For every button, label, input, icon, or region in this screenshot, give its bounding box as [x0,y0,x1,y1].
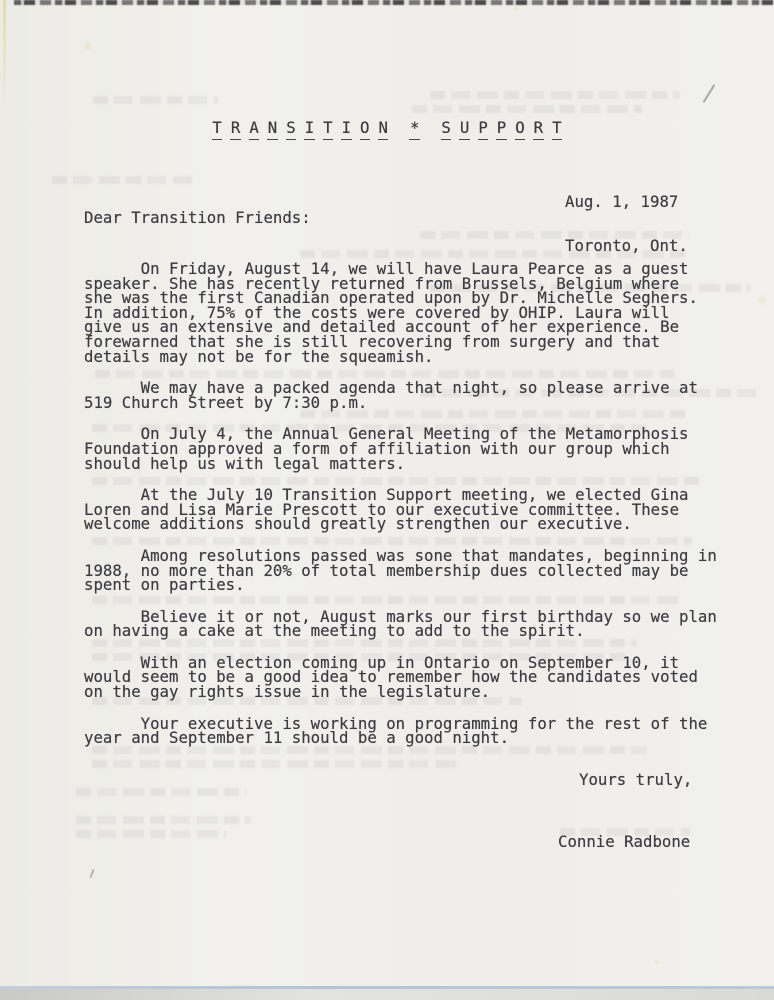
title-letter: I [341,118,351,140]
title-letter: P [496,118,506,140]
pen-mark-top-right [703,84,716,103]
salutation: Dear Transition Friends: [84,211,311,226]
paragraph: On July 4, the Annual General Meeting of… [84,427,736,471]
title-letter: O [360,118,370,140]
title-letter: U [459,118,469,140]
paragraph: On Friday, August 14, we will have Laura… [84,262,736,364]
title-letter: T [552,118,562,140]
title-letter: A [249,118,259,140]
paragraph: Among resolutions passed was sone that m… [84,549,736,593]
scan-top-edge-artifact [14,0,774,5]
title-letter: T [323,118,333,140]
signature-name: Connie Radbone [558,835,690,850]
bleedthrough-mark [52,176,192,184]
paragraph: At the July 10 Transition Support meetin… [84,488,736,532]
scan-left-edge-artifact [3,0,6,115]
title-letter: O [515,118,525,140]
title-letter: S [441,118,451,140]
bleedthrough-mark [430,91,680,99]
paragraph: With an election coming up in Ontario on… [84,656,736,700]
bleedthrough-mark [76,788,246,796]
paragraph: Your executive is working on programming… [84,717,736,746]
bleedthrough-mark [412,105,642,113]
title-letter: * [409,118,419,140]
title-letter: T [212,118,222,140]
letter-body: On Friday, August 14, we will have Laura… [84,262,736,763]
scan-bottom-edge-band [0,989,774,1000]
title-letter: I [304,118,314,140]
title-letter: N [267,118,277,140]
date-text: Aug. 1, 1987 [565,195,688,210]
bleedthrough-mark [76,830,226,838]
title-letter: R [533,118,543,140]
bleedthrough-mark [93,96,218,104]
paragraph: We may have a packed agenda that night, … [84,381,736,410]
pen-mark-bottom-left [89,869,94,878]
title-letter: N [378,118,388,140]
place-text: Toronto, Ont. [565,239,688,254]
closing: Yours truly, [579,773,692,788]
scanned-letter-page: TRANSITION*SUPPORT Aug. 1, 1987 Toronto,… [0,0,774,1000]
title-letter: P [478,118,488,140]
title-letter: S [286,118,296,140]
letter-title: TRANSITION*SUPPORT [0,118,774,140]
title-letter: R [230,118,240,140]
paragraph: Believe it or not, August marks our firs… [84,610,736,639]
bleedthrough-mark [76,816,251,824]
